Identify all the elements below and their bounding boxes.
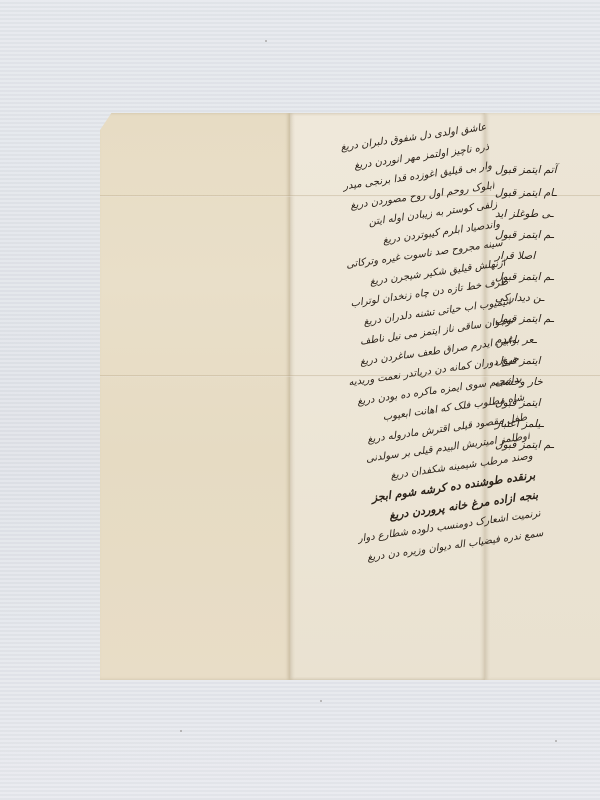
manuscript-line: ـم ایتمز قبول	[495, 434, 600, 457]
manuscript-line: خار وحشی	[495, 373, 600, 392]
manuscript-line: ایتمز قبول	[495, 350, 600, 373]
handwritten-poem-right: آتم ایتمز قبول ـام ایتمز قبول ـی طوغلز ا…	[495, 159, 600, 457]
manuscript-line: ـعر باعدم	[495, 331, 600, 350]
manuscript-line: آتم ایتمز قبول	[495, 159, 600, 182]
manuscript-line: ایتمز قبول	[495, 392, 600, 415]
manuscript-line: اصلا قرار	[495, 247, 600, 266]
manuscript-line: ـام ایتمز قبول	[495, 182, 600, 205]
dust-speck	[265, 40, 267, 42]
manuscript-left-panel	[100, 113, 290, 680]
manuscript-line: ـم ایتمز قبول	[495, 266, 600, 289]
manuscript-line: ـم ایتمز قبول	[495, 224, 600, 247]
manuscript-line: ـیلمز اعتبار	[495, 415, 600, 434]
manuscript-sheet: عاشق اولدی دل شفوق دلبران دریغ ذره ناچیز…	[100, 113, 600, 680]
manuscript-line: ـن دیدارکی	[495, 289, 600, 308]
dust-speck	[555, 740, 557, 742]
manuscript-line: ـی طوغلز اید	[495, 205, 600, 224]
dust-speck	[320, 700, 322, 702]
manuscript-line: ـم ایتمز قبول	[495, 308, 600, 331]
dust-speck	[180, 730, 182, 732]
